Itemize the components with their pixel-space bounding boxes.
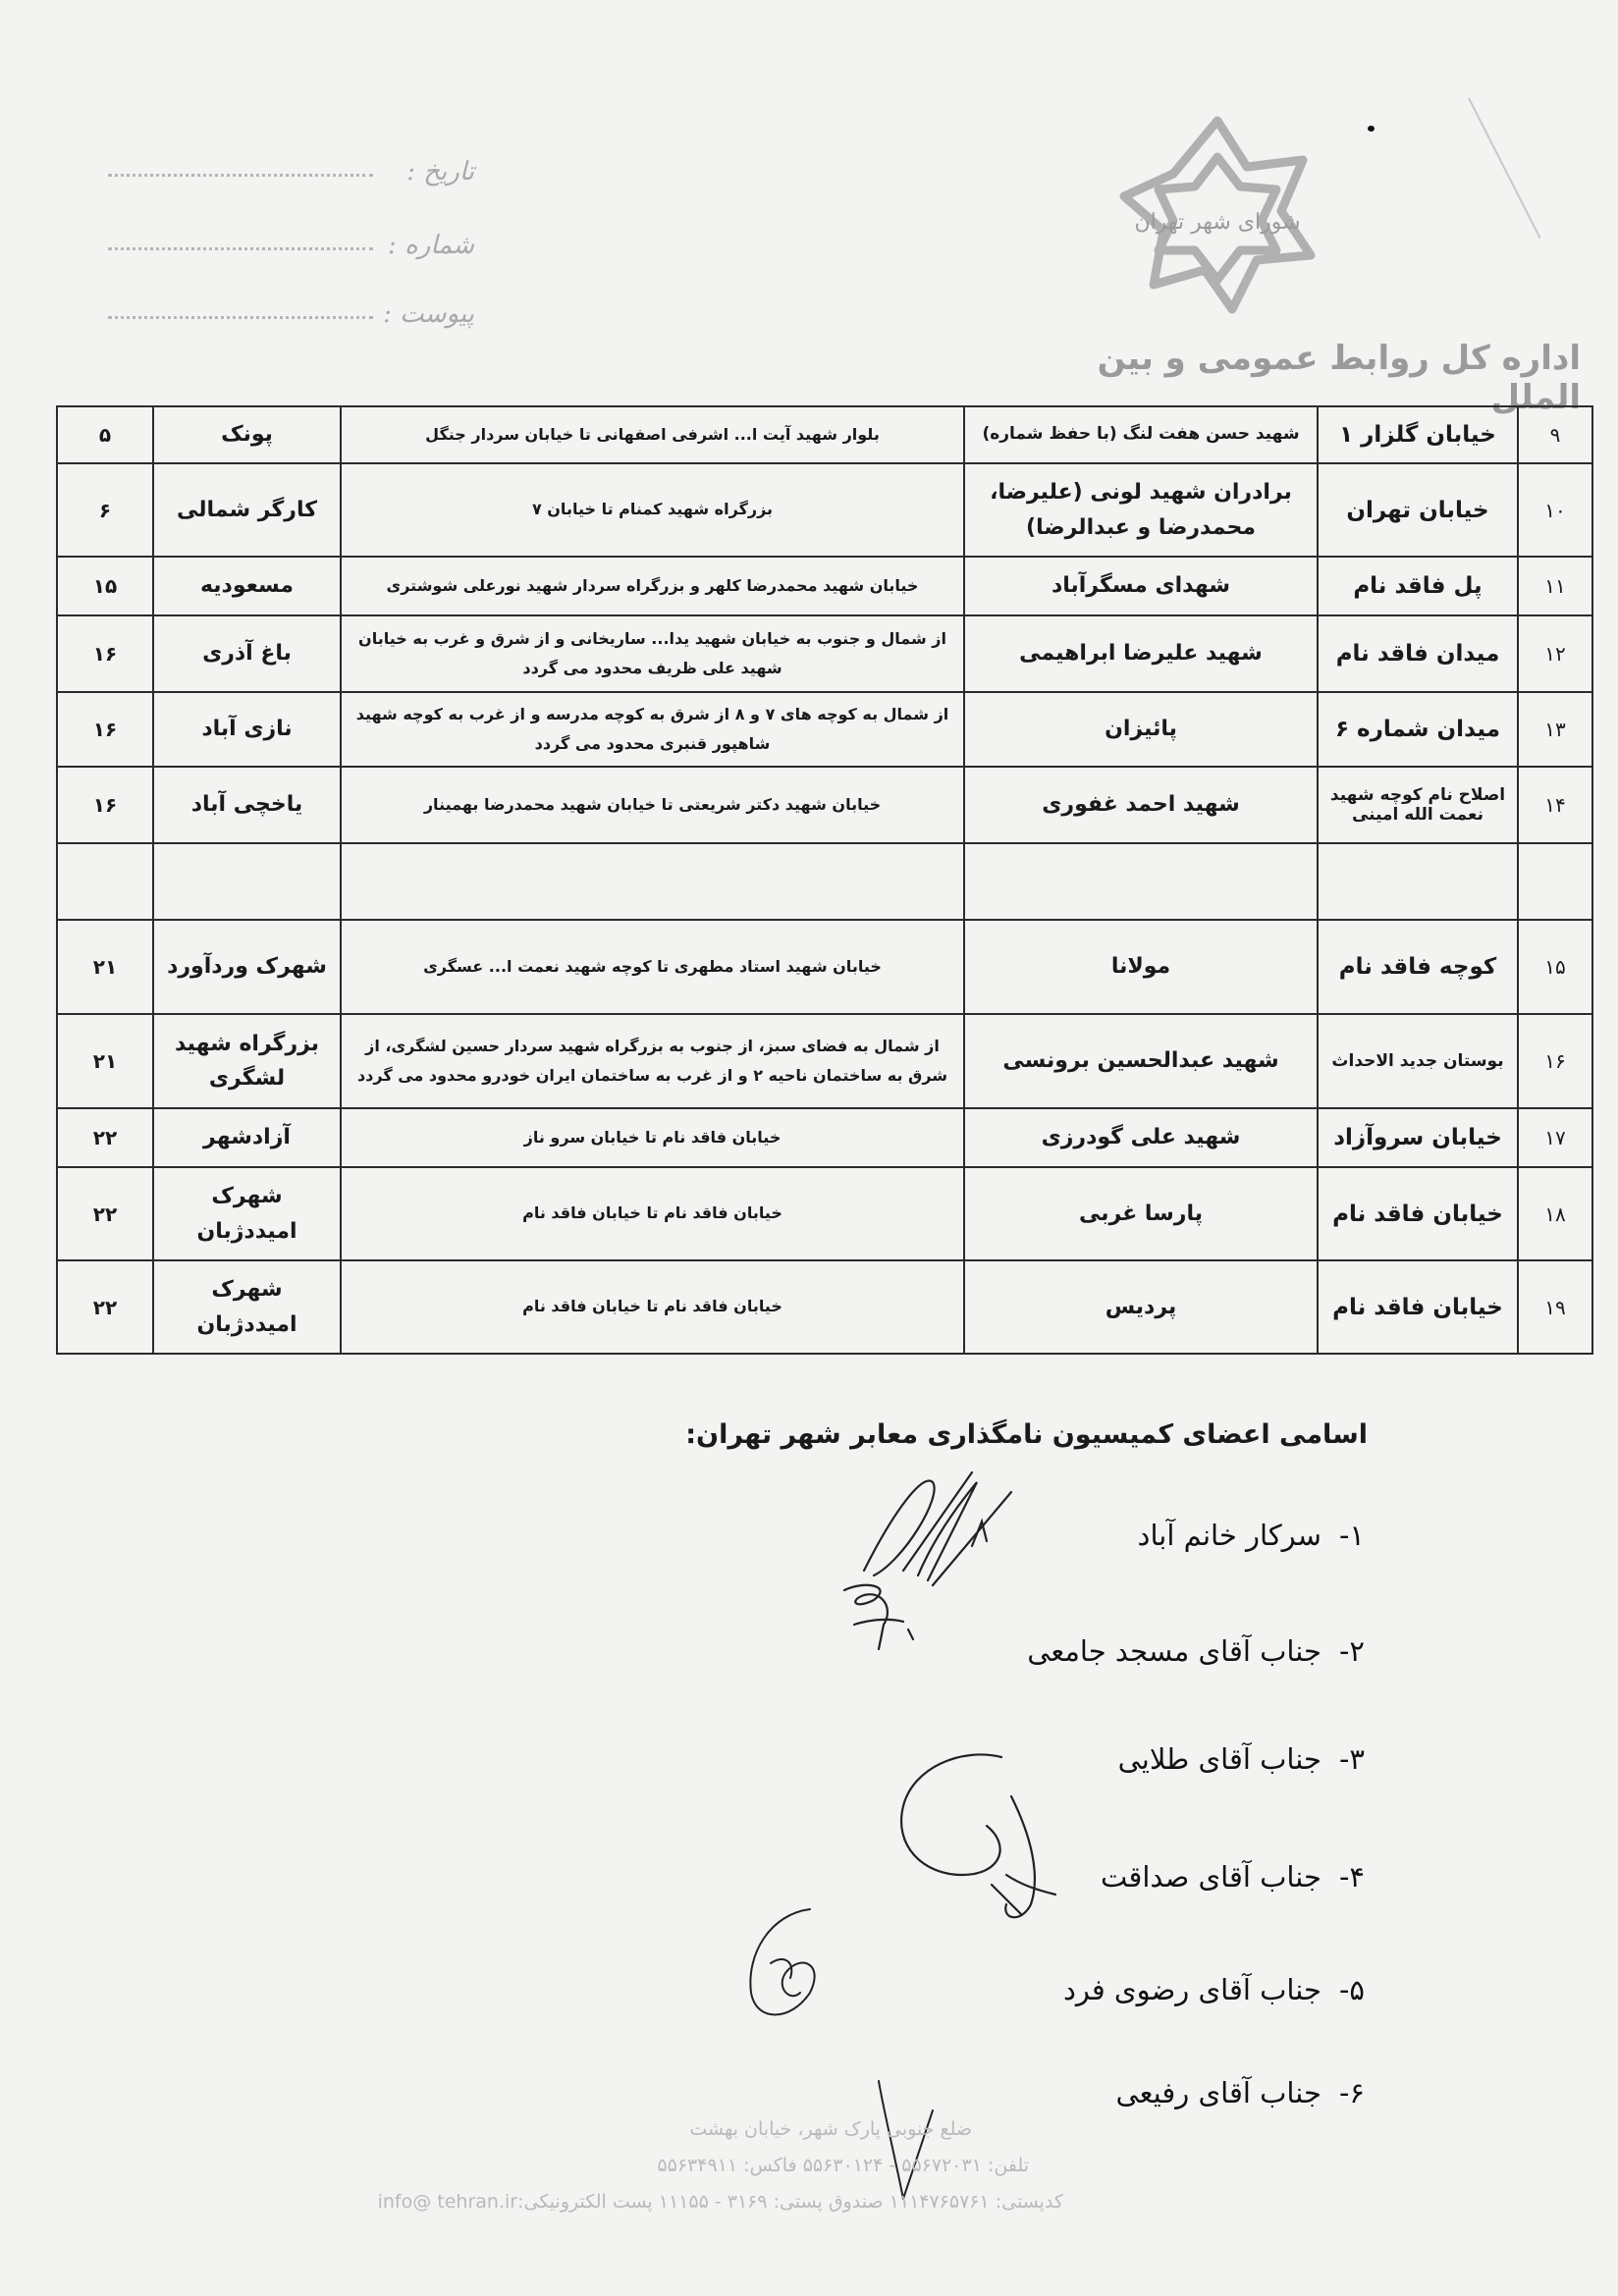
description-cell: بزرگراه شهید کمنام تا خیابان ۷ [341,463,964,557]
area-cell: یاخچی آباد [153,767,341,843]
number-field[interactable]: شماره : [108,231,474,260]
member-name: جناب آقای طلایی [1118,1742,1321,1776]
member-name: جناب آقای رضوی فرد [1063,1973,1321,2006]
scan-artifact-line [1468,98,1540,239]
area-cell: شهرک امیددژبان [153,1167,341,1260]
old-name-cell: میدان فاقد نام [1318,615,1518,692]
footer-phones: تلفن: ۵۵۶۷۲۰۳۱ - ۵۵۶۳۰۱۲۴ فاکس: ۵۵۶۳۴۹۱۱ [657,2155,1029,2176]
row-number [1518,843,1592,920]
new-name-cell: شهید علیرضا ابراهیمی [964,615,1318,692]
member-number: ۶- [1339,2076,1365,2109]
description-cell: خیابان شهید محمدرضا کلهر و بزرگراه سردار… [341,557,964,615]
old-name-cell: اصلاح نام کوچه شهید نعمت الله امینی [1318,767,1518,843]
old-name-cell: بوستان جدید الاحداث [1318,1014,1518,1108]
description-cell: خیابان شهید دکتر شریعتی تا خیابان شهید م… [341,767,964,843]
member-item: ۴-جناب آقای صداقت [1101,1860,1365,1894]
new-name-cell: شهید علی گودرزی [964,1108,1318,1167]
new-name-cell: پارسا غربی [964,1167,1318,1260]
row-number: ۱۱ [1518,557,1592,615]
signature-4-icon [864,2071,962,2209]
member-name: جناب آقای صداقت [1101,1860,1321,1894]
zone-cell: ۱۶ [57,767,153,843]
description-cell: از شمال به فضای سبز، از جنوب به بزرگراه … [341,1014,964,1108]
signature-2-icon [884,1728,1070,1944]
description-cell: از شمال و جنوب به خیابان شهید یدا... سار… [341,615,964,692]
area-cell: مسعودیه [153,557,341,615]
old-name-cell: میدان شماره ۶ [1318,692,1518,767]
old-name-cell: خیابان سروآزاد [1318,1108,1518,1167]
old-name-cell: خیابان فاقد نام [1318,1260,1518,1354]
attachment-label: پیوست : [381,299,474,329]
table-row: ۱۶ بوستان جدید الاحداث شهید عبدالحسین بر… [57,1014,1592,1108]
description-cell: از شمال به کوچه های ۷ و ۸ از شرق به کوچه… [341,692,964,767]
description-cell: خیابان فاقد نام تا خیابان فاقد نام [341,1260,964,1354]
zone-cell: ۵ [57,406,153,463]
row-number: ۱۲ [1518,615,1592,692]
new-name-cell: پردیس [964,1260,1318,1354]
date-label: تاریخ : [381,157,474,187]
new-name-cell: برادران شهید لونی (علیرضا، محمدرضا و عبد… [964,463,1318,557]
new-name-cell: شهید حسن هفت لنگ (با حفظ شماره) [964,406,1318,463]
ink-dot [1368,126,1375,132]
table-row: ۱۱ پل فاقد نام شهدای مسگرآباد خیابان شهی… [57,557,1592,615]
commission-members-title: اسامی اعضای کمیسیون نامگذاری معابر شهر ت… [685,1419,1368,1450]
svg-text:شورای شهر تهران: شورای شهر تهران [1134,210,1300,235]
zone-cell: ۲۲ [57,1167,153,1260]
table-row: ۱۵ کوچه فاقد نام مولانا خیابان شهید استا… [57,920,1592,1014]
new-name-cell: شهید عبدالحسین برونسی [964,1014,1318,1108]
area-cell: باغ آذری [153,615,341,692]
member-item: ۲-جناب آقای مسجد جامعی [1027,1634,1365,1668]
member-item: ۱-سرکار خانم آباد [1138,1519,1365,1552]
signature-3-icon [731,1895,839,2032]
table-row: ۱۰ خیابان تهران برادران شهید لونی (علیرض… [57,463,1592,557]
member-number: ۵- [1339,1973,1365,2006]
table-row: ۱۳ میدان شماره ۶ پائیزان از شمال به کوچه… [57,692,1592,767]
zone-cell: ۱۵ [57,557,153,615]
new-name-cell [964,843,1318,920]
new-name-cell: شهدای مسگرآباد [964,557,1318,615]
table-row: ۱۲ میدان فاقد نام شهید علیرضا ابراهیمی ا… [57,615,1592,692]
area-cell: کارگر شمالی [153,463,341,557]
member-number: ۲- [1339,1634,1365,1668]
table-row-empty [57,843,1592,920]
new-name-cell: شهید احمد غفوری [964,767,1318,843]
member-name: جناب آقای رفیعی [1115,2076,1321,2109]
description-cell: خیابان فاقد نام تا خیابان سرو ناز [341,1108,964,1167]
member-number: ۱- [1339,1519,1365,1552]
footer-address: ضلع جنوبی پارک شهر، خیابان بهشت [689,2118,972,2140]
member-name: سرکار خانم آباد [1138,1519,1321,1552]
new-name-cell: مولانا [964,920,1318,1014]
member-name: جناب آقای مسجد جامعی [1027,1634,1321,1668]
description-cell: بلوار شهید آیت ا... اشرفی اصفهانی تا خیا… [341,406,964,463]
area-cell: نازی آباد [153,692,341,767]
new-name-cell: پائیزان [964,692,1318,767]
table-row: ۱۷ خیابان سروآزاد شهید علی گودرزی خیابان… [57,1108,1592,1167]
date-field[interactable]: تاریخ : [108,157,474,187]
row-number: ۹ [1518,406,1592,463]
row-number: ۱۳ [1518,692,1592,767]
row-number: ۱۰ [1518,463,1592,557]
zone-cell [57,843,153,920]
area-cell: شهرک وردآورد [153,920,341,1014]
table-row: ۱۹ خیابان فاقد نام پردیس خیابان فاقد نام… [57,1260,1592,1354]
description-cell: خیابان فاقد نام تا خیابان فاقد نام [341,1167,964,1260]
zone-cell: ۱۶ [57,615,153,692]
zone-cell: ۲۲ [57,1108,153,1167]
number-label: شماره : [381,231,474,260]
old-name-cell: خیابان تهران [1318,463,1518,557]
member-item: ۵-جناب آقای رضوی فرد [1063,1973,1365,2006]
member-item: ۳-جناب آقای طلایی [1118,1742,1365,1776]
description-cell: خیابان شهید استاد مطهری تا کوچه شهید نعم… [341,920,964,1014]
area-cell [153,843,341,920]
row-number: ۱۷ [1518,1108,1592,1167]
row-number: ۱۹ [1518,1260,1592,1354]
member-item: ۶-جناب آقای رفیعی [1115,2076,1365,2109]
area-cell: شهرک امیددژبان [153,1260,341,1354]
zone-cell: ۶ [57,463,153,557]
row-number: ۱۸ [1518,1167,1592,1260]
zone-cell: ۲۲ [57,1260,153,1354]
old-name-cell: کوچه فاقد نام [1318,920,1518,1014]
footer-postal: کدپستی: ۱۱۱۴۷۶۵۷۶۱ صندوق پستی: ۳۱۶۹ - ۱۱… [378,2191,1063,2213]
date-dotted-line [108,173,373,177]
member-number: ۳- [1339,1742,1365,1776]
member-number: ۴- [1339,1860,1365,1894]
old-name-cell: خیابان فاقد نام [1318,1167,1518,1260]
number-dotted-line [108,246,373,250]
old-name-cell: پل فاقد نام [1318,557,1518,615]
street-naming-table: ۹ خیابان گلزار ۱ شهید حسن هفت لنگ (با حف… [56,405,1593,1355]
old-name-cell [1318,843,1518,920]
area-cell: آزادشهر [153,1108,341,1167]
zone-cell: ۱۶ [57,692,153,767]
area-cell: پونک [153,406,341,463]
table-row: ۱۸ خیابان فاقد نام پارسا غربی خیابان فاق… [57,1167,1592,1260]
row-number: ۱۶ [1518,1014,1592,1108]
table-row: ۱۴ اصلاح نام کوچه شهید نعمت الله امینی ش… [57,767,1592,843]
attachment-field[interactable]: پیوست : [108,299,474,329]
area-cell: بزرگراه شهید لشگری [153,1014,341,1108]
old-name-cell: خیابان گلزار ۱ [1318,406,1518,463]
attachment-dotted-line [108,315,373,319]
description-cell [341,843,964,920]
table-row: ۹ خیابان گلزار ۱ شهید حسن هفت لنگ (با حف… [57,406,1592,463]
zone-cell: ۲۱ [57,920,153,1014]
row-number: ۱۵ [1518,920,1592,1014]
zone-cell: ۲۱ [57,1014,153,1108]
row-number: ۱۴ [1518,767,1592,843]
tehran-city-council-logo-icon: شورای شهر تهران [1114,113,1321,319]
